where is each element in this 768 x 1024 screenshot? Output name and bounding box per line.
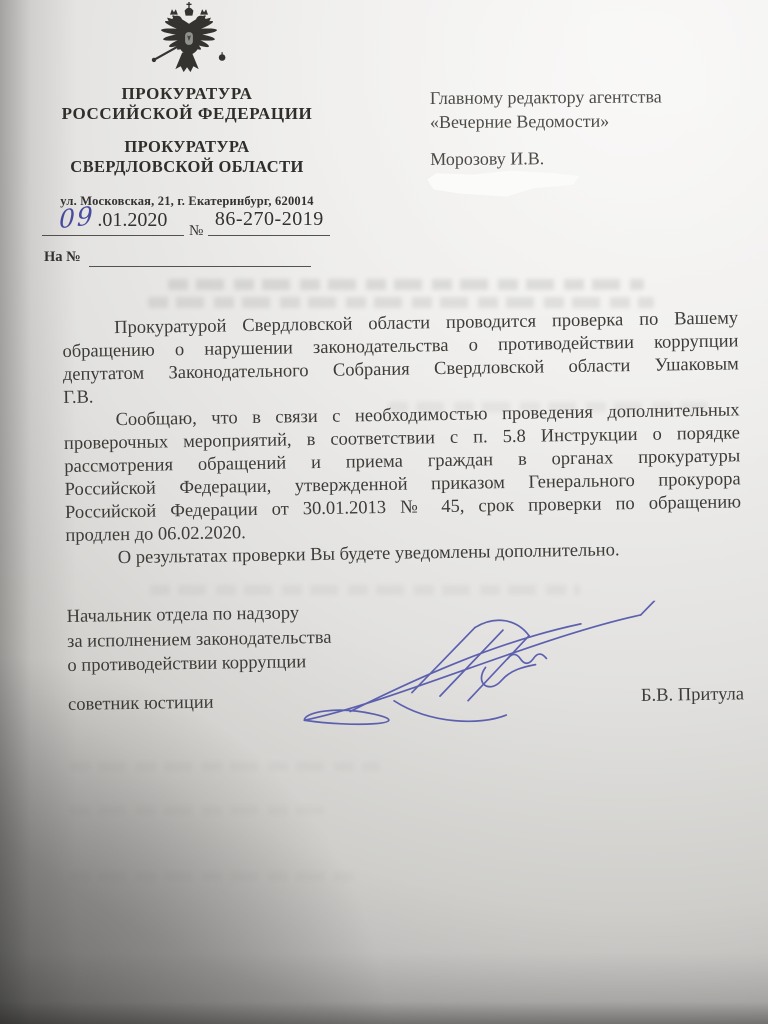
recipient-line1: Главному редактору агентства — [430, 84, 730, 110]
bleed-through-text — [168, 279, 644, 290]
bleed-through-text — [70, 806, 330, 815]
sub-org-line1: ПРОКУРАТУРА — [36, 137, 338, 157]
reference-row: 09 .01.2020 № 86-270-2019 — [42, 203, 334, 236]
incoming-number-blank-line — [89, 249, 311, 267]
russian-coat-of-arms-icon — [128, 2, 250, 76]
org-name-line1: ПРОКУРАТУРА — [36, 84, 338, 104]
bleed-through-text — [70, 872, 360, 881]
handwritten-signature — [289, 601, 663, 749]
letterhead: ПРОКУРАТУРА РОССИЙСКОЙ ФЕДЕРАЦИИ ПРОКУРА… — [36, 84, 338, 209]
number-sign: № — [189, 223, 203, 240]
recipient-line2: «Вечерние Ведомости» — [430, 108, 730, 134]
recipient-block: Главному редактору агентства «Вечерние В… — [430, 84, 731, 171]
redacted-address — [427, 169, 579, 197]
printed-date: .01.2020 — [97, 209, 167, 232]
recipient-name: Морозову И.В. — [430, 145, 730, 171]
handwritten-date: 09 — [58, 201, 94, 235]
outgoing-number: 86-270-2019 — [208, 208, 330, 236]
sub-org-line2: СВЕРДЛОВСКОЙ ОБЛАСТИ — [36, 157, 338, 177]
signer-rank: советник юстиции — [68, 690, 214, 717]
bleed-through-text — [148, 297, 654, 308]
org-name-line2: РОССИЙСКОЙ ФЕДЕРАЦИИ — [36, 104, 338, 124]
bleed-through-text — [70, 762, 380, 771]
paragraph-2: Сообщаю, что в связи с необходимостью пр… — [63, 399, 741, 548]
date-field: 09 .01.2020 — [42, 203, 184, 236]
paragraph-1: Прокуратурой Свердловской области провод… — [62, 307, 739, 410]
incoming-number-label: На № — [44, 249, 81, 267]
letter-body: Прокуратурой Свердловской области провод… — [62, 307, 744, 717]
incoming-number-row: На № — [44, 249, 311, 267]
